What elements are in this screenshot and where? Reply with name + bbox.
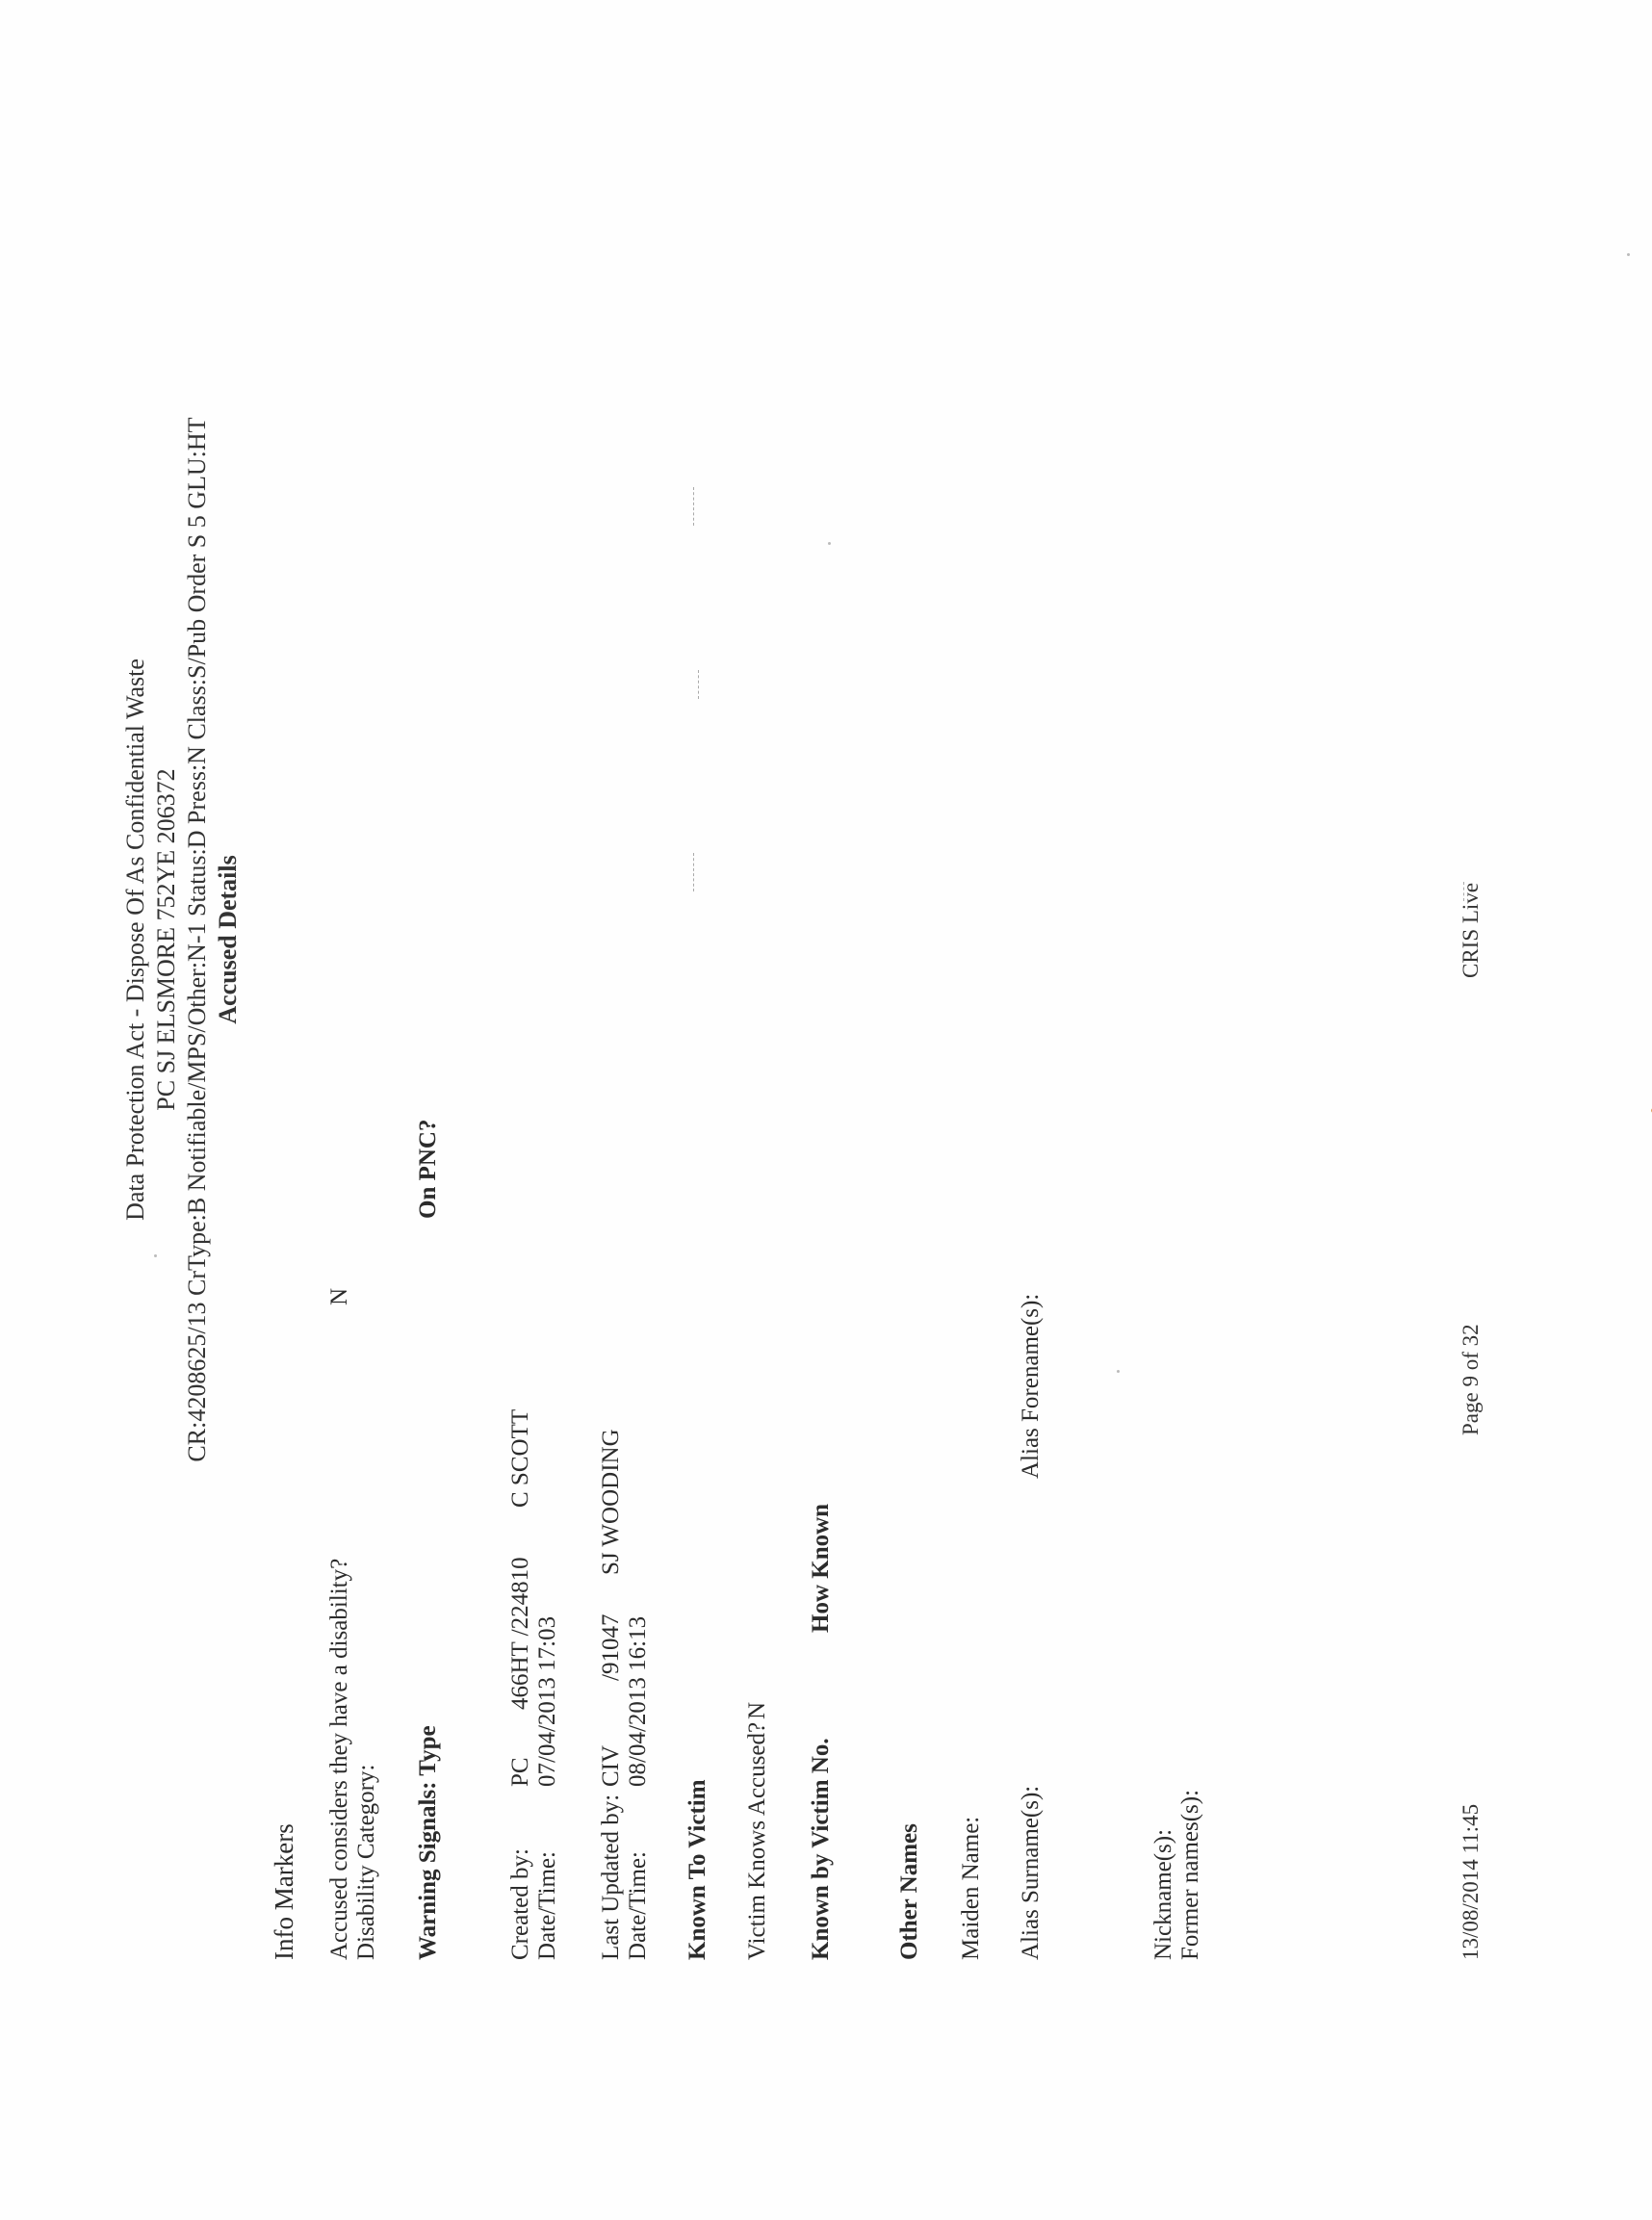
scan-speck xyxy=(154,1254,157,1257)
scan-artifact xyxy=(1463,882,1464,901)
how-known-label: How Known xyxy=(809,1504,833,1633)
created-by-label: Created by: xyxy=(508,1848,532,1960)
scan-artifact xyxy=(698,670,699,699)
created-by-name: C SCOTT xyxy=(508,1409,532,1508)
known-to-victim-heading: Known To Victim xyxy=(685,1779,710,1960)
crime-reference-line: CR:4208625/13 CrType:B Notifiable/MPS/Ot… xyxy=(185,417,210,1461)
dpa-notice: Data Protection Act - Dispose Of As Conf… xyxy=(123,658,148,1221)
scan-speck xyxy=(828,542,831,545)
updated-by-rank: CIV xyxy=(599,1745,623,1787)
scan-artifact xyxy=(693,853,694,891)
scanned-document-page: Data Protection Act - Dispose Of As Conf… xyxy=(0,0,1652,2220)
alias-surnames-label: Alias Surname(s): xyxy=(1019,1786,1043,1960)
created-by-id: 466HT /224810 xyxy=(508,1557,532,1710)
known-by-victim-no-label: Known by Victim No. xyxy=(809,1738,833,1960)
updated-by-label: Last Updated by: xyxy=(599,1794,623,1960)
section-title: Accused Details xyxy=(216,855,241,1023)
victim-knows-accused-label: Victim Knows Accused? xyxy=(745,1722,769,1960)
disability-answer: N xyxy=(327,1288,351,1305)
printed-datetime: 13/08/2014 11:45 xyxy=(1459,1804,1482,1960)
maiden-name-label: Maiden Name: xyxy=(959,1817,983,1960)
former-names-label: Former names(s): xyxy=(1178,1790,1202,1960)
created-by-rank: PC xyxy=(508,1757,532,1787)
other-names-heading: Other Names xyxy=(897,1823,921,1960)
updated-datetime: 08/04/2013 16:13 xyxy=(626,1616,650,1787)
officer-line: PC SJ ELSMORE 752YE 206372 xyxy=(154,768,179,1110)
updated-by-name: SJ WOODING xyxy=(599,1429,623,1575)
disability-category-label: Disability Category: xyxy=(354,1765,378,1960)
updated-datetime-label: Date/Time: xyxy=(626,1851,650,1960)
warning-signals-heading: Warning Signals: Type xyxy=(416,1725,440,1960)
nicknames-label: Nickname(s): xyxy=(1151,1829,1175,1960)
info-markers-heading: Info Markers xyxy=(271,1823,297,1960)
scan-artifact xyxy=(693,487,694,526)
alias-forenames-label: Alias Forename(s): xyxy=(1019,1294,1043,1479)
victim-knows-accused-value: N xyxy=(745,1702,769,1719)
on-pnc-label: On PNC? xyxy=(416,1120,440,1219)
created-datetime-label: Date/Time: xyxy=(535,1851,559,1960)
created-datetime: 07/04/2013 17:03 xyxy=(535,1616,559,1787)
scan-speck xyxy=(1117,1370,1120,1373)
scan-speck xyxy=(1627,253,1630,256)
page-indicator: Page 9 of 32 xyxy=(1459,1324,1482,1435)
disability-question-label: Accused considers they have a disability… xyxy=(327,1559,351,1960)
updated-by-id: /91047 xyxy=(599,1614,623,1681)
